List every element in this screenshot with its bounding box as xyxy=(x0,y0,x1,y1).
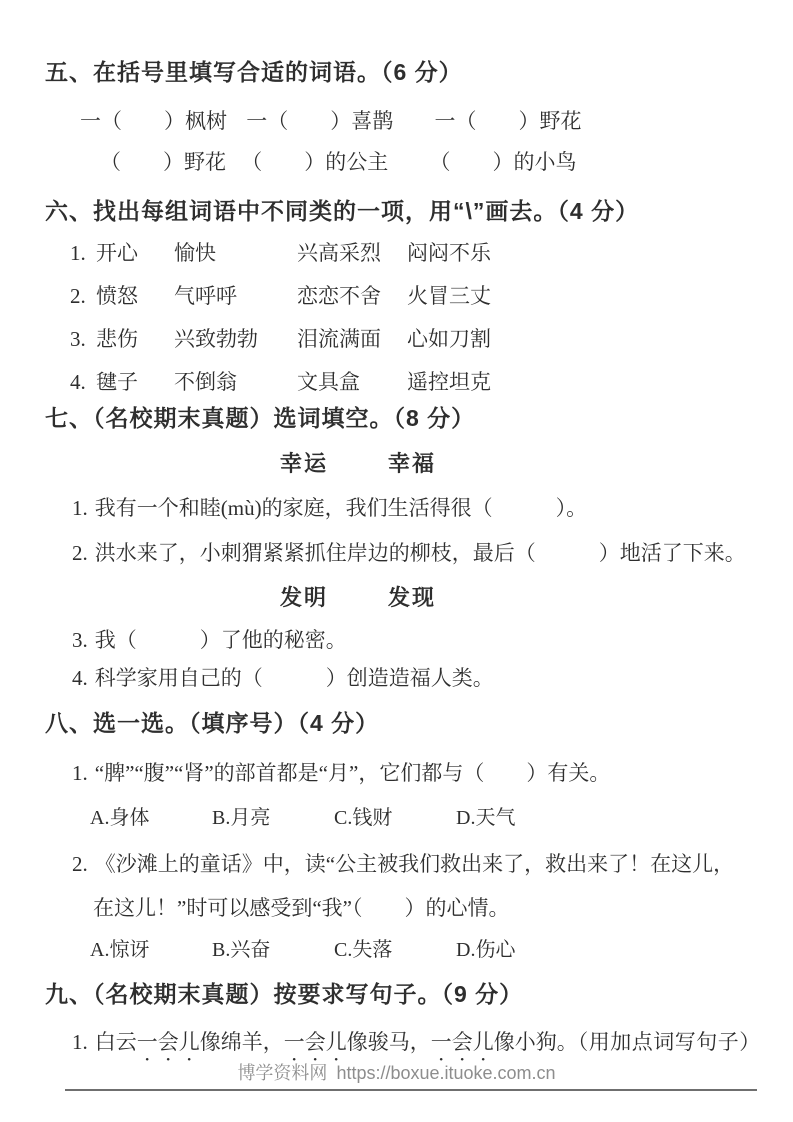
section-7-item-1: 1.我有一个和睦(mù)的家庭，我们生活得很（ ）。 xyxy=(72,495,587,521)
fill-blank-phrase: （ ）的小鸟 xyxy=(430,150,577,174)
word-bank-word: 发现 xyxy=(388,584,436,612)
word-option: 毽子 xyxy=(96,369,174,395)
section-5-title: 五、在括号里填写合适的词语。（6 分） xyxy=(45,58,463,87)
choice-option: C.钱财 xyxy=(334,806,456,831)
worksheet-page: 五、在括号里填写合适的词语。（6 分） 一（ ）枫树 一（ ）喜鹊 一（ ）野花… xyxy=(0,0,793,1122)
section-6-row-3: 3. 悲伤 兴致勃勃 泪流满面 心如刀割 xyxy=(70,326,491,352)
choice-option: B.兴奋 xyxy=(212,938,334,963)
word-option: 不倒翁 xyxy=(174,369,297,395)
word-option: 恋恋不舍 xyxy=(297,283,407,309)
section-8-number: 八、 xyxy=(45,710,93,736)
item-number: 1. xyxy=(72,496,88,520)
word-option: 泪流满面 xyxy=(297,326,407,352)
section-5-row-2: （ ）野花 （ ）的公主 （ ）的小鸟 xyxy=(100,149,577,175)
word-option: 悲伤 xyxy=(96,326,174,352)
section-8-q1-options: A.身体 B.月亮 C.钱财 D.天气 xyxy=(90,806,578,831)
fill-blank-phrase: 一（ ）枫树 xyxy=(80,109,227,133)
word-option: 遥控坦克 xyxy=(407,369,491,395)
choice-option: D.伤心 xyxy=(456,938,578,963)
section-9-title: 九、（名校期末真题）按要求写句子。（9 分） xyxy=(45,980,523,1010)
word-bank-word: 幸福 xyxy=(388,450,436,478)
item-number: 1. xyxy=(70,240,96,266)
sentence-part: 像骏马， xyxy=(347,1030,431,1054)
word-bank-2: 发明 发现 xyxy=(280,584,436,612)
item-number: 1. xyxy=(72,761,88,785)
section-6-number: 六、 xyxy=(45,198,93,224)
item-number: 2. xyxy=(72,541,88,565)
section-7-source-tag: （名校期末真题） xyxy=(93,406,274,431)
emphasized-word: 一会儿 xyxy=(431,1030,494,1054)
sentence: 我（ ）了他的秘密。 xyxy=(95,628,347,652)
section-8-heading: 选一选。（填序号）（4 分） xyxy=(93,710,379,736)
question-text: 在这儿！”时可以感受到“我”（ ）的心情。 xyxy=(93,896,509,920)
footer: 博学资料网 https://boxue.ituoke.com.cn xyxy=(0,1062,793,1085)
fill-blank-phrase: （ ）的公主 xyxy=(241,150,388,174)
fill-blank-phrase: （ ）野花 xyxy=(100,150,226,174)
section-8-q2-options: A.惊讶 B.兴奋 C.失落 D.伤心 xyxy=(90,938,578,963)
item-number: 2. xyxy=(70,283,96,309)
fill-blank-phrase: 一（ ）喜鹊 xyxy=(246,109,393,133)
word-bank-1: 幸运 幸福 xyxy=(280,450,436,478)
choice-option: D.天气 xyxy=(456,806,578,831)
item-number: 4. xyxy=(70,369,96,395)
section-7-item-2: 2.洪水来了，小刺猬紧紧抓住岸边的柳枝，最后（ ）地活了下来。 xyxy=(72,540,746,566)
section-8-question-2-line-1: 2.《沙滩上的童话》中，读“公主被我们救出来了，救出来了！在这儿， xyxy=(72,851,734,877)
word-option: 心如刀割 xyxy=(407,326,491,352)
section-6-row-4: 4. 毽子 不倒翁 文具盒 遥控坦克 xyxy=(70,369,491,395)
section-7-number: 七、 xyxy=(45,405,93,431)
emphasized-word: 一会儿 xyxy=(284,1030,347,1054)
word-option: 闷闷不乐 xyxy=(407,240,491,266)
sentence: 洪水来了，小刺猬紧紧抓住岸边的柳枝，最后（ ）地活了下来。 xyxy=(95,541,746,565)
section-6-heading: 找出每组词语中不同类的一项，用“\”画去。（4 分） xyxy=(93,198,639,224)
sentence-part: 像小狗。 xyxy=(494,1030,578,1054)
section-9-item-1: 1.白云一会儿像绵羊，一会儿像骏马，一会儿像小狗。（用加点词写句子） xyxy=(72,1029,761,1066)
section-7-item-4: 4.科学家用自己的（ ）创造造福人类。 xyxy=(72,665,494,691)
word-option: 兴高采烈 xyxy=(297,240,407,266)
choice-option: A.身体 xyxy=(90,806,212,831)
section-9-heading: 按要求写句子。（9 分） xyxy=(274,981,524,1007)
sentence: 科学家用自己的（ ）创造造福人类。 xyxy=(95,666,494,690)
question-text: 《沙滩上的童话》中，读“公主被我们救出来了，救出来了！在这儿， xyxy=(95,852,734,876)
emphasized-word: 一会儿 xyxy=(137,1030,200,1054)
instruction-note: （用加点词写句子） xyxy=(578,1030,761,1054)
word-bank-word: 幸运 xyxy=(280,450,328,478)
word-option: 兴致勃勃 xyxy=(174,326,297,352)
question-text: “脾”“腹”“肾”的部首都是“月”，它们都与（ ）有关。 xyxy=(95,761,611,785)
word-option: 文具盒 xyxy=(297,369,407,395)
section-6-title: 六、找出每组词语中不同类的一项，用“\”画去。（4 分） xyxy=(45,197,639,226)
section-5-heading: 在括号里填写合适的词语。（6 分） xyxy=(93,59,463,85)
item-number: 3. xyxy=(72,628,88,652)
footer-site-name: 博学资料网 xyxy=(237,1062,327,1085)
section-7-item-3: 3.我（ ）了他的秘密。 xyxy=(72,627,347,653)
section-8-question-2-line-2: 在这儿！”时可以感受到“我”（ ）的心情。 xyxy=(93,895,509,921)
word-option: 开心 xyxy=(96,240,174,266)
word-option: 火冒三丈 xyxy=(407,283,491,309)
choice-option: A.惊讶 xyxy=(90,938,212,963)
section-5-row-1: 一（ ）枫树 一（ ）喜鹊 一（ ）野花 xyxy=(80,108,582,134)
section-5-number: 五、 xyxy=(45,59,93,85)
word-option: 气呼呼 xyxy=(174,283,297,309)
fill-blank-phrase: 一（ ）野花 xyxy=(435,109,582,133)
section-9-number: 九、 xyxy=(45,981,93,1007)
word-bank-word: 发明 xyxy=(280,584,328,612)
word-option: 愤怒 xyxy=(96,283,174,309)
item-number: 1. xyxy=(72,1030,88,1054)
section-8-title: 八、选一选。（填序号）（4 分） xyxy=(45,709,379,738)
item-number: 3. xyxy=(70,326,96,352)
item-number: 2. xyxy=(72,852,88,876)
sentence-part: 像绵羊， xyxy=(200,1030,284,1054)
section-6-row-2: 2. 愤怒 气呼呼 恋恋不舍 火冒三丈 xyxy=(70,283,491,309)
word-option: 愉快 xyxy=(174,240,297,266)
section-8-question-1: 1.“脾”“腹”“肾”的部首都是“月”，它们都与（ ）有关。 xyxy=(72,760,610,786)
section-9-source-tag: （名校期末真题） xyxy=(93,982,274,1007)
section-7-title: 七、（名校期末真题）选词填空。（8 分） xyxy=(45,404,475,434)
section-7-heading: 选词填空。（8 分） xyxy=(274,405,476,431)
sentence-part: 白云 xyxy=(95,1030,137,1054)
footer-divider-line xyxy=(65,1089,757,1091)
footer-url: https://boxue.ituoke.com.cn xyxy=(336,1062,555,1085)
item-number: 4. xyxy=(72,666,88,690)
sentence: 我有一个和睦(mù)的家庭，我们生活得很（ ）。 xyxy=(95,496,587,520)
choice-option: C.失落 xyxy=(334,938,456,963)
section-6-row-1: 1. 开心 愉快 兴高采烈 闷闷不乐 xyxy=(70,240,491,266)
choice-option: B.月亮 xyxy=(212,806,334,831)
